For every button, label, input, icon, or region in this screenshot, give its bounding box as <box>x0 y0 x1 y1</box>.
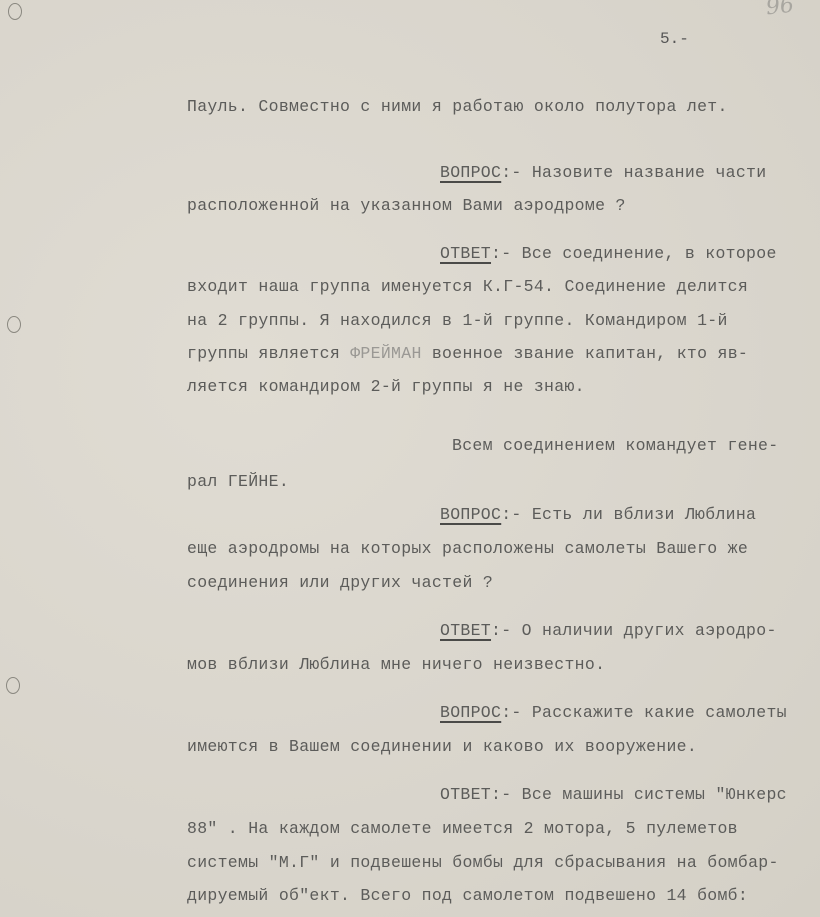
text-line: 88" . На каждом самолете имеется 2 мотор… <box>187 819 738 838</box>
question-line: ВОПРОС:- Есть ли вблизи Люблина <box>440 505 756 524</box>
text-line: на 2 группы. Я находился в 1-й группе. К… <box>187 311 728 330</box>
surname-freiman: ФРЕЙМАН <box>350 344 421 363</box>
text-line: ляется командиром 2-й группы я не знаю. <box>187 377 585 396</box>
question-line: ВОПРОС:- Назовите название части <box>440 163 766 182</box>
binder-hole-icon <box>7 316 21 333</box>
question-label: ВОПРОС <box>440 703 501 722</box>
text-line: Всем соединением командует гене- <box>452 436 778 455</box>
text-line: мов вблизи Люблина мне ничего неизвестно… <box>187 655 605 674</box>
question-label: ВОПРОС <box>440 163 501 182</box>
text-line: системы "М.Г" и подвешены бомбы для сбра… <box>187 853 779 872</box>
handwritten-archive-number: 96 <box>765 0 795 20</box>
text-line: еще аэродромы на которых расположены сам… <box>187 539 748 558</box>
answer-label: ОТВЕТ <box>440 621 491 640</box>
question-line: ВОПРОС:- Расскажите какие самолеты <box>440 703 787 722</box>
answer-line: ОТВЕТ:- Все соединение, в которое <box>440 244 777 263</box>
text-line: рал ГЕЙНЕ. <box>187 472 289 491</box>
text-line: расположенной на указанном Вами аэродром… <box>187 196 626 215</box>
text-line: соединения или других частей ? <box>187 573 493 592</box>
binder-hole-icon <box>8 3 22 20</box>
text-line: группы является ФРЕЙМАН военное звание к… <box>187 344 748 363</box>
question-label: ВОПРОС <box>440 505 501 524</box>
text-line: Пауль. Совместно с ними я работаю около … <box>187 97 728 116</box>
answer-line: ОТВЕТ:- О наличии других аэродро- <box>440 621 777 640</box>
page-number: 5.- <box>660 30 689 48</box>
text-line: имеются в Вашем соединении и каково их в… <box>187 737 697 756</box>
answer-label: ОТВЕТ <box>440 244 491 263</box>
binder-hole-icon <box>6 677 20 694</box>
text-line: входит наша группа именуется К.Г-54. Сое… <box>187 277 748 296</box>
text-line: дируемый об"ект. Всего под самолетом под… <box>187 886 748 905</box>
answer-line: ОТВЕТ:- Все машины системы "Юнкерс <box>440 785 787 804</box>
answer-label: ОТВЕТ <box>440 785 491 804</box>
